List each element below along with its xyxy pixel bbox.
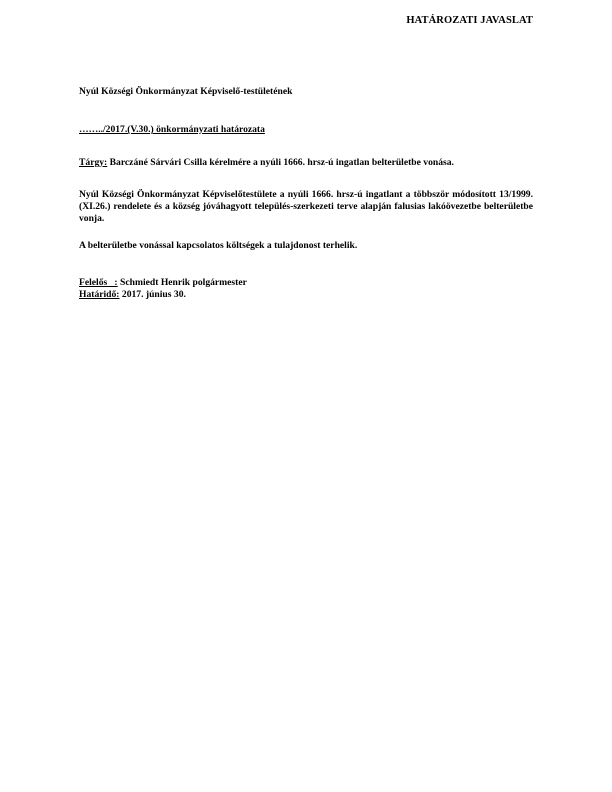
- subject-line: Tárgy: Barczáné Sárvári Csilla kérelmére…: [79, 157, 533, 169]
- responsible-label: Felelős :: [79, 277, 118, 288]
- resolution-number: ……../2017.(V.30.) önkormányzati határoza…: [79, 124, 533, 136]
- deadline-label: Határidő:: [79, 289, 120, 300]
- document-type-heading: HATÁROZATI JAVASLAT: [406, 15, 533, 26]
- responsible-value: Schmiedt Henrik polgármester: [118, 277, 247, 288]
- document-page: HATÁROZATI JAVASLAT Nyúl Községi Önkormá…: [0, 0, 612, 792]
- body-paragraph-2: A belterületbe vonással kapcsolatos költ…: [79, 240, 533, 252]
- addressee-line: Nyúl Községi Önkormányzat Képviselő-test…: [79, 86, 533, 98]
- subject-text: Barczáné Sárvári Csilla kérelmére a nyúl…: [107, 157, 454, 168]
- responsible-line: Felelős : Schmiedt Henrik polgármester: [79, 277, 533, 289]
- deadline-value: 2017. június 30.: [120, 289, 186, 300]
- body-paragraph-1: Nyúl Községi Önkormányzat Képviselőtestü…: [79, 189, 533, 225]
- subject-label: Tárgy:: [79, 157, 107, 168]
- deadline-line: Határidő: 2017. június 30.: [79, 289, 533, 301]
